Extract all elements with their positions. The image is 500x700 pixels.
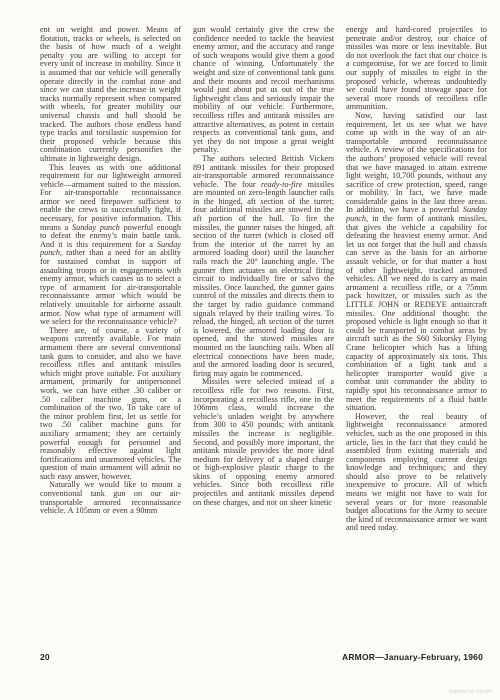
text-column-1: ent on weight and power. Means of flotat… [40, 26, 181, 650]
text-column-2: gun would certainly give the crew the co… [193, 26, 334, 650]
text-column-3: energy and hard-cored projectiles to pen… [346, 26, 487, 650]
paragraph: There are, of course, a variety of weapo… [40, 327, 181, 482]
digitized-watermark: Digitized by Google [449, 689, 492, 695]
paragraph: Now, having satisfied our last requireme… [346, 112, 487, 413]
paragraph: energy and hard-cored projectiles to pen… [346, 26, 487, 112]
magazine-page: ent on weight and power. Means of flotat… [0, 0, 500, 700]
paragraph: However, the real beauty of lightweight … [346, 413, 487, 533]
paragraph: Naturally we would like to mount a conve… [40, 481, 181, 515]
article-body: ent on weight and power. Means of flotat… [40, 26, 500, 650]
page-number: 20 [40, 652, 50, 662]
page-footer: 20 ARMOR—January-February, 1960 [40, 652, 483, 662]
paragraph: The authors selected British Vickers 891… [193, 155, 334, 378]
paragraph: gun would certainly give the crew the co… [193, 26, 334, 155]
paragraph: ent on weight and power. Means of flotat… [40, 26, 181, 164]
journal-issue-line: ARMOR—January-February, 1960 [342, 652, 483, 662]
paragraph: Missiles were selected instead of a reco… [193, 378, 334, 507]
paragraph: This leaves us with one additional requi… [40, 164, 181, 327]
